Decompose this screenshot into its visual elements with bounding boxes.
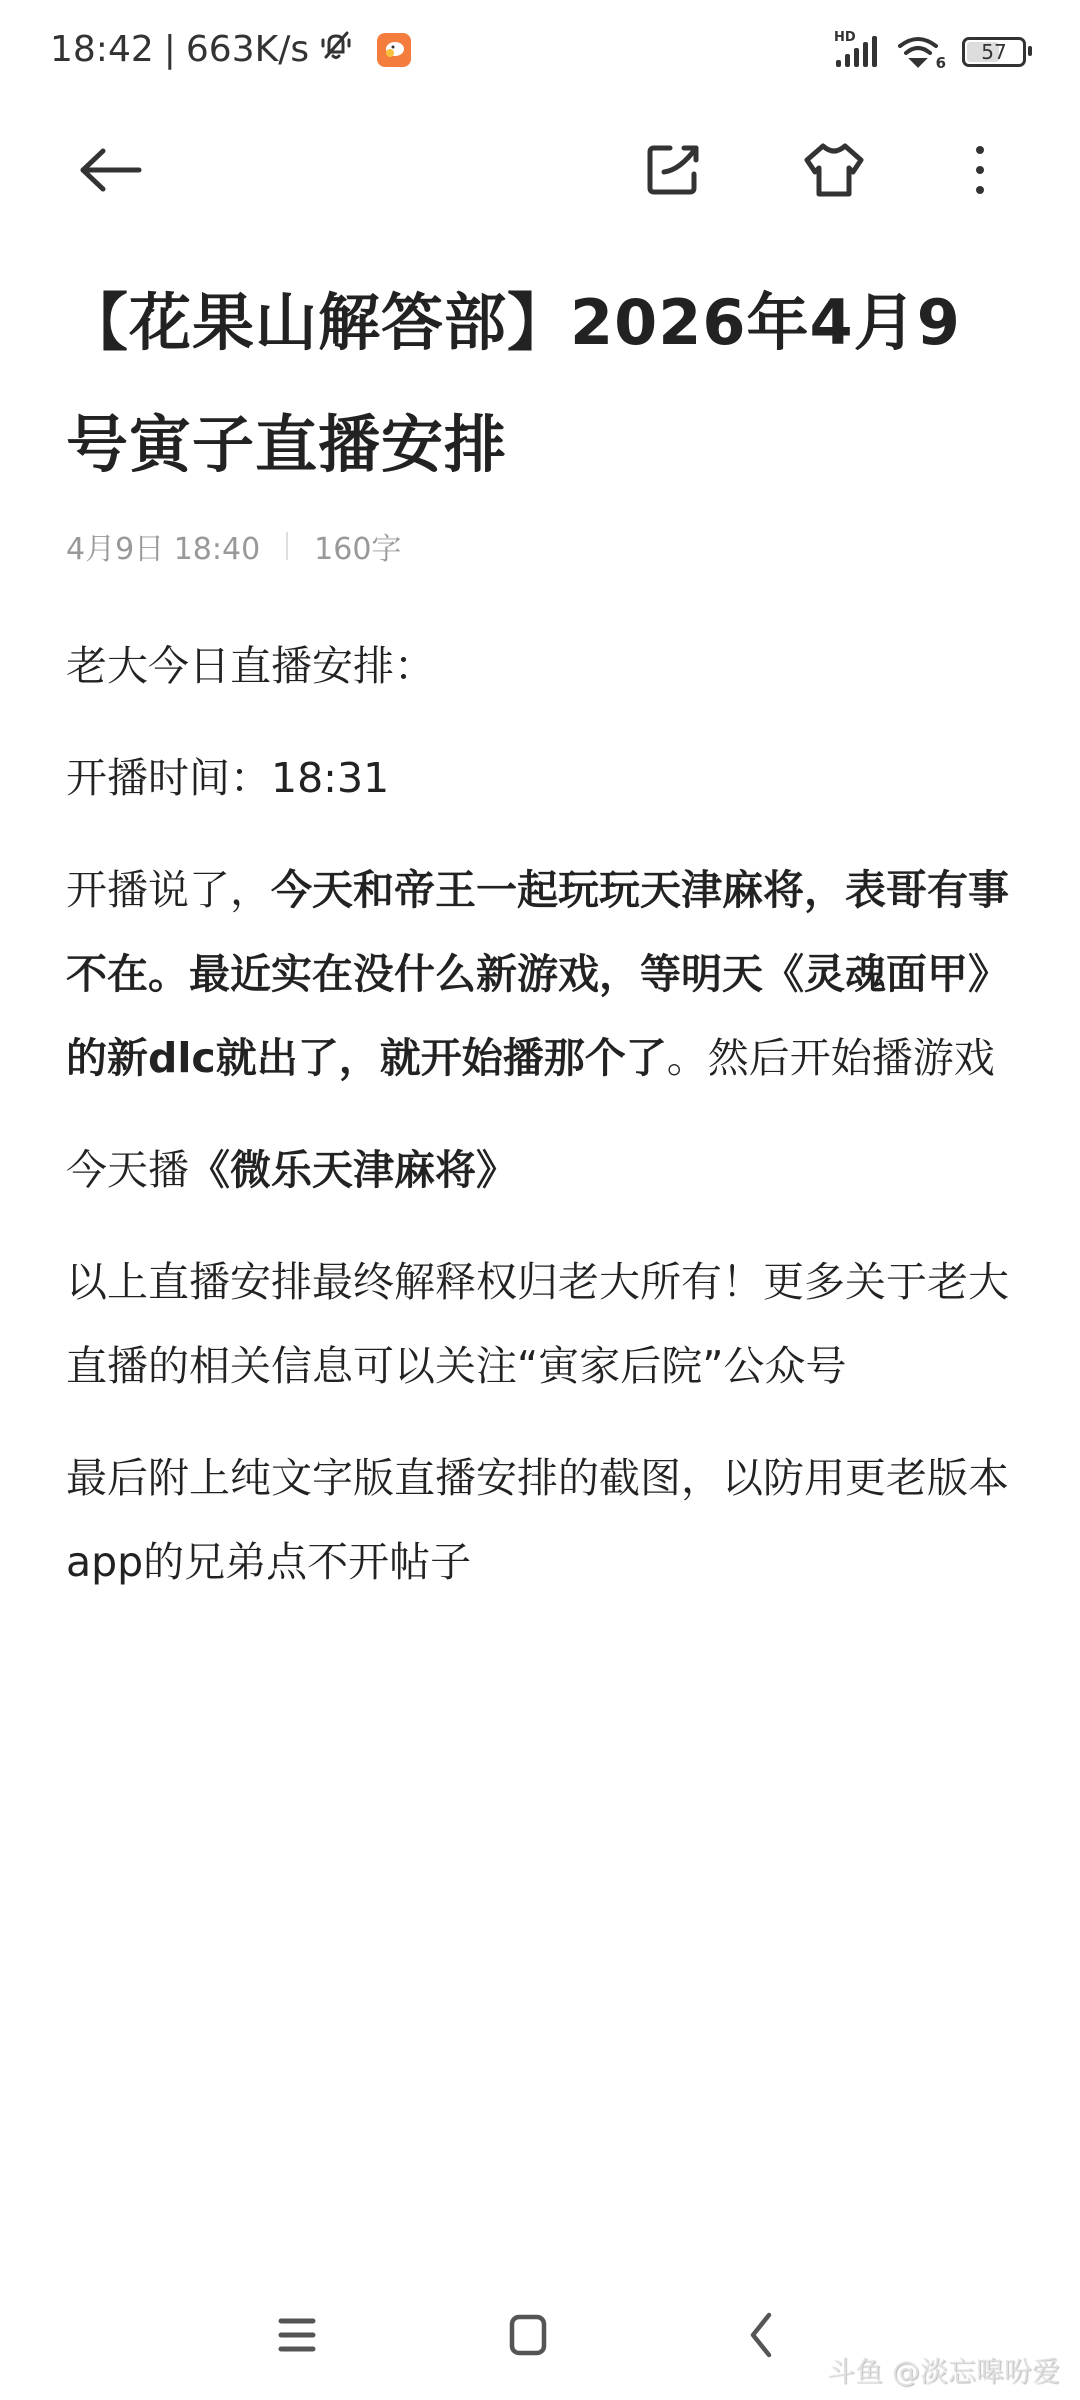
paragraph: 开播时间：18:31 <box>66 736 1016 820</box>
wifi-icon: 6 <box>896 34 946 70</box>
nav-back-button[interactable] <box>710 2290 810 2380</box>
arrow-left-icon <box>75 145 145 195</box>
network-speed: 663K/s <box>186 29 309 70</box>
battery-indicator: 57 <box>962 37 1026 67</box>
theme-button[interactable] <box>784 120 884 220</box>
word-count: 160字 <box>314 524 401 568</box>
status-separator: | <box>164 29 176 70</box>
more-vertical-icon <box>970 142 990 198</box>
paragraph: 今天播《微乐天津麻将》 <box>66 1128 1016 1212</box>
status-bar: 18:42 | 663K/s HD <box>0 0 1080 100</box>
share-external-icon <box>646 142 702 198</box>
article-meta: 4月9日 18:40 160字 <box>66 526 1016 566</box>
status-right: HD 6 57 <box>834 34 1026 70</box>
bold-text: 《微乐天津麻将》 <box>189 1146 517 1194</box>
cell-signal-icon: HD <box>834 34 880 70</box>
home-button[interactable] <box>478 2290 578 2380</box>
watermark: 斗鱼 @淡忘嗥吩爱 <box>827 2350 1060 2390</box>
tshirt-icon <box>803 142 865 198</box>
status-left: 18:42 | 663K/s <box>50 28 411 71</box>
article-date: 4月9日 18:40 <box>66 524 260 568</box>
home-square-icon <box>508 2313 548 2357</box>
article-content: 老大今日直播安排： 开播时间：18:31 开播说了，今天和帝王一起玩玩天津麻将，… <box>66 624 1016 1604</box>
paragraph: 最后附上纯文字版直播安排的截图，以防用更老版本app的兄弟点不开帖子 <box>66 1436 1016 1604</box>
chevron-left-icon <box>745 2311 775 2359</box>
paragraph: 以上直播安排最终解释权归老大所有！更多关于老大直播的相关信息可以关注“寅家后院”… <box>66 1240 1016 1408</box>
share-button[interactable] <box>624 120 724 220</box>
back-button[interactable] <box>60 120 160 220</box>
meta-divider <box>286 532 288 560</box>
paragraph: 老大今日直播安排： <box>66 624 1016 708</box>
app-bar <box>0 120 1080 220</box>
clock: 18:42 <box>50 29 154 70</box>
recents-button[interactable] <box>247 2290 347 2380</box>
douyu-fish-icon <box>377 33 411 67</box>
menu-lines-icon <box>277 2315 317 2355</box>
paragraph: 开播说了，今天和帝王一起玩玩天津麻将，表哥有事不在。最近实在没什么新游戏，等明天… <box>66 848 1016 1100</box>
bell-off-icon <box>319 28 353 71</box>
article: 【花果山解答部】2026年4月9号寅子直播安排 4月9日 18:40 160字 … <box>66 262 1016 1632</box>
article-title: 【花果山解答部】2026年4月9号寅子直播安排 <box>66 262 1016 506</box>
more-button[interactable] <box>930 120 1030 220</box>
